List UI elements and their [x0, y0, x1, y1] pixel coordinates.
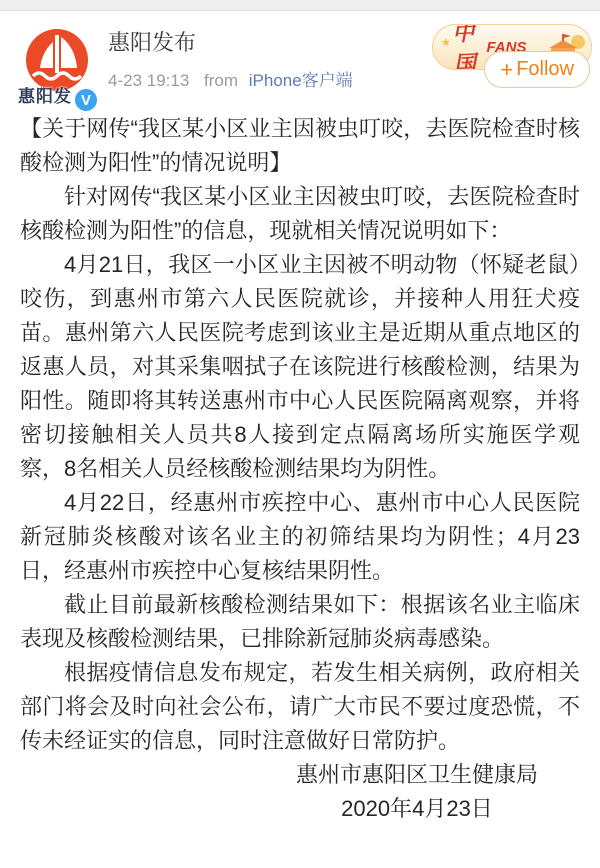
source-client-link[interactable]: iPhone客户端 — [249, 71, 353, 90]
star-icon: ★ — [441, 36, 451, 49]
post-paragraph: 4月22日，经惠州市疾控中心、惠州市中心人民医院新冠肺炎核酸对该名业主的初筛结果… — [20, 486, 580, 588]
signature-block: 惠州市惠阳区卫生健康局 2020年4月23日 — [296, 758, 538, 826]
post-header: 惠阳发 V 惠阳发布 4-23 19:13 from iPhone客户端 ★ 中… — [0, 11, 600, 111]
avatar-name-label: 惠阳发 — [18, 82, 72, 107]
post-paragraph: 针对网传“我区某小区业主因被虫叮咬，去医院检查时核酸检测为阳性”的信息，现就相关… — [20, 180, 580, 248]
follow-button-label: Follow — [516, 58, 574, 81]
follow-button[interactable]: + Follow — [484, 51, 590, 88]
top-system-strip — [0, 0, 600, 11]
post-paragraph: 截止目前最新核酸检测结果如下：根据该名业主临床表现及核酸检测结果，已排除新冠肺炎… — [20, 588, 580, 656]
banner-text-cn: 中国 — [451, 24, 487, 70]
plus-icon: + — [500, 59, 513, 81]
from-label: from — [204, 71, 238, 90]
signature-date: 2020年4月23日 — [341, 792, 493, 826]
signature-issuer: 惠州市惠阳区卫生健康局 — [296, 758, 538, 792]
avatar[interactable]: 惠阳发 V — [18, 27, 96, 111]
post-paragraph: 4月21日，我区一小区业主因被不明动物（怀疑老鼠）咬伤，到惠州市第六人民医院就诊… — [20, 248, 580, 486]
post-paragraph: 根据疫情信息发布规定，若发生相关病例，政府相关部门将会及时向社会公布，请广大市民… — [20, 656, 580, 758]
timestamp: 4-23 19:13 — [108, 71, 189, 90]
verified-badge-icon: V — [73, 87, 99, 113]
post-body: 【关于网传“我区某小区业主因被虫叮咬，去医院检查时核酸检测为阳性”的情况说明】 … — [0, 111, 600, 826]
post-title: 【关于网传“我区某小区业主因被虫叮咬，去医院检查时核酸检测为阳性”的情况说明】 — [20, 112, 580, 180]
weibo-post-card: 惠阳发 V 惠阳发布 4-23 19:13 from iPhone客户端 ★ 中… — [0, 0, 600, 868]
